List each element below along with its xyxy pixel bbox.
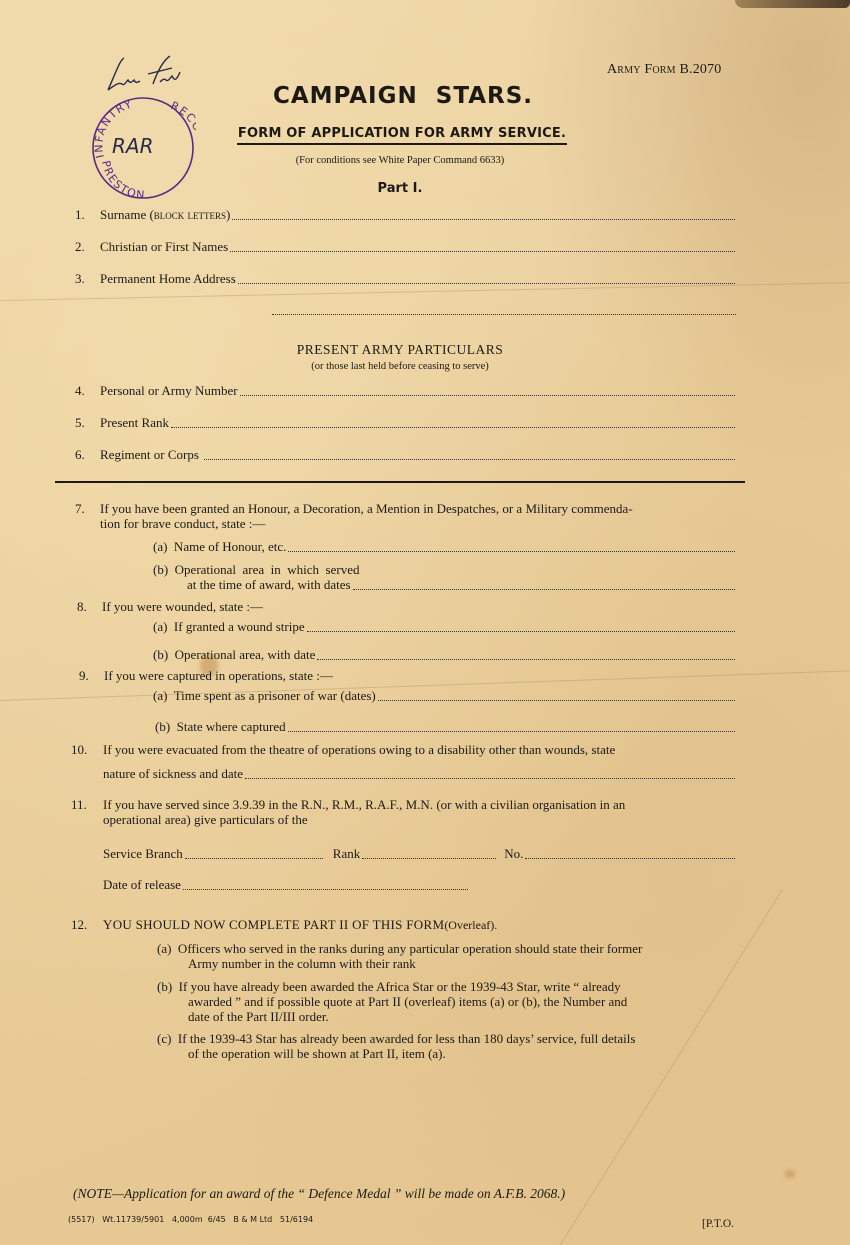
question-7: 7.If you have been granted an Honour, a …	[75, 501, 740, 531]
item-number: 2.	[75, 239, 100, 255]
field-label: Service Branch	[103, 846, 183, 862]
question-text: If you have served since 3.9.39 in the R…	[103, 797, 625, 812]
printer-imprint: (5517) Wt.11739/5901 4,000m 6/45 B & M L…	[68, 1215, 313, 1224]
regiment-field[interactable]	[204, 458, 735, 460]
award-area-field[interactable]	[353, 588, 735, 590]
rust-stain	[785, 1170, 795, 1178]
question-heading: YOU SHOULD NOW COMPLETE PART II OF THIS …	[103, 917, 444, 933]
other-number-field[interactable]	[525, 857, 735, 859]
instruction-a: (a) Officers who served in the ranks dur…	[157, 941, 737, 971]
question-text: tion for brave conduct, state :—	[75, 516, 740, 531]
field-label: Present Rank	[100, 415, 169, 431]
field-label: (a) Name of Honour, etc.	[153, 539, 286, 555]
item-number: 7.	[75, 501, 100, 516]
item-number: 3.	[75, 271, 100, 287]
field-label: Christian or First Names	[100, 239, 228, 255]
instruction-b: (b) If you have already been awarded the…	[157, 979, 737, 1024]
field-label: Regiment or Corps	[100, 447, 202, 463]
question-text: (Overleaf).	[444, 918, 497, 933]
section-subheading: (or those last held before ceasing to se…	[200, 361, 600, 372]
army-form-number: Army Form B.2070	[607, 62, 722, 78]
other-rank-field[interactable]	[362, 857, 496, 859]
field-row-home-address: 3. Permanent Home Address	[75, 271, 735, 287]
conditions-note: (For conditions see White Paper Command …	[230, 155, 570, 166]
home-address-field-line2[interactable]	[272, 313, 736, 315]
defence-medal-note: (NOTE—Application for an award of the “ …	[73, 1186, 565, 1202]
handwritten-signature	[98, 52, 198, 97]
field-label: Permanent Home Address	[100, 271, 236, 287]
field-row-first-names: 2. Christian or First Names	[75, 239, 735, 255]
army-form-code: B.2070	[679, 62, 721, 77]
field-label: nature of sickness and date	[103, 766, 243, 782]
question-10: 10. If you were evacuated from the theat…	[71, 742, 741, 758]
field-label: Surname (block letters)	[100, 207, 230, 223]
first-names-field[interactable]	[230, 250, 735, 252]
capture-place-field[interactable]	[288, 730, 735, 732]
item-number: 11.	[71, 797, 103, 812]
sickness-field[interactable]	[245, 777, 735, 779]
question-12: 12. YOU SHOULD NOW COMPLETE PART II OF T…	[71, 917, 731, 933]
pow-time-field[interactable]	[378, 699, 735, 701]
item-number: 10.	[71, 742, 103, 758]
field-row-wound-area: (b) Operational area, with date	[153, 647, 735, 663]
item-number: 1.	[75, 207, 100, 223]
field-row-other-service: Service Branch Rank No.	[103, 846, 735, 862]
field-label: (a) Time spent as a prisoner of war (dat…	[153, 688, 376, 704]
home-address-field[interactable]	[238, 282, 735, 284]
item-number: 4.	[75, 383, 100, 399]
item-number: 12.	[71, 917, 103, 933]
field-label: (a) If granted a wound stripe	[153, 619, 305, 635]
infantry-records-stamp: INFANTRY RECORDS PRESTON RAR	[90, 95, 196, 201]
question-8: 8. If you were wounded, state :—	[77, 599, 737, 615]
army-form-label: Army Form	[607, 62, 676, 77]
part-heading: Part I.	[350, 181, 450, 196]
field-row-wound-stripe: (a) If granted a wound stripe	[153, 619, 735, 635]
field-label: (b) State where captured	[155, 719, 286, 735]
field-row-present-rank: 5. Present Rank	[75, 415, 735, 431]
field-label: (b) Operational area in which served	[153, 562, 359, 577]
field-row-pow-time: (a) Time spent as a prisoner of war (dat…	[153, 688, 735, 704]
field-row-surname: 1. Surname (block letters)	[75, 207, 735, 223]
question-text: If you have been granted an Honour, a De…	[100, 501, 633, 516]
question-9: 9. If you were captured in operations, s…	[79, 668, 739, 684]
section-divider	[55, 481, 745, 483]
field-label: Personal or Army Number	[100, 383, 238, 399]
instruction-c: (c) If the 1939-43 Star has already been…	[157, 1031, 737, 1061]
field-row-honour-name: (a) Name of Honour, etc.	[153, 539, 735, 555]
field-label: (b) Operational area, with date	[153, 647, 315, 663]
release-date-field[interactable]	[183, 888, 468, 890]
service-branch-field[interactable]	[185, 857, 323, 859]
section-heading: PRESENT ARMY PARTICULARS	[200, 342, 600, 358]
field-row-release-date: Date of release	[103, 877, 468, 893]
field-row-army-number: 4. Personal or Army Number	[75, 383, 735, 399]
question-text: If you were evacuated from the theatre o…	[103, 742, 615, 758]
field-row-regiment: 6. Regiment or Corps	[75, 447, 735, 463]
wound-area-field[interactable]	[317, 658, 735, 660]
question-text: operational area) give particulars of th…	[71, 812, 743, 827]
svg-text:PRESTON: PRESTON	[99, 159, 146, 201]
form-title: CAMPAIGN STARS.	[268, 83, 538, 109]
question-text: If you were captured in operations, stat…	[104, 668, 333, 684]
wound-stripe-field[interactable]	[307, 630, 735, 632]
field-label: at the time of award, with dates	[187, 577, 351, 593]
question-text: If you were wounded, state :—	[102, 599, 263, 615]
surname-field[interactable]	[232, 218, 735, 220]
form-subtitle: FORM OF APPLICATION FOR ARMY SERVICE.	[237, 126, 567, 145]
field-label: No.	[504, 846, 523, 862]
item-number: 8.	[77, 599, 102, 615]
honour-name-field[interactable]	[288, 550, 735, 552]
army-number-field[interactable]	[240, 394, 735, 396]
item-number: 5.	[75, 415, 100, 431]
please-turn-over: [P.T.O.	[702, 1218, 734, 1230]
field-label: Rank	[333, 846, 360, 862]
stamp-initials: RAR	[112, 134, 153, 158]
present-rank-field[interactable]	[171, 426, 735, 428]
item-number: 9.	[79, 668, 104, 684]
torn-corner	[735, 0, 850, 8]
item-number: 6.	[75, 447, 100, 463]
field-row-capture-place: (b) State where captured	[155, 719, 735, 735]
field-row-sickness: nature of sickness and date	[103, 766, 735, 782]
field-row-award-area: at the time of award, with dates	[187, 577, 735, 593]
field-label: Date of release	[103, 877, 181, 893]
question-11: 11.If you have served since 3.9.39 in th…	[71, 797, 743, 827]
